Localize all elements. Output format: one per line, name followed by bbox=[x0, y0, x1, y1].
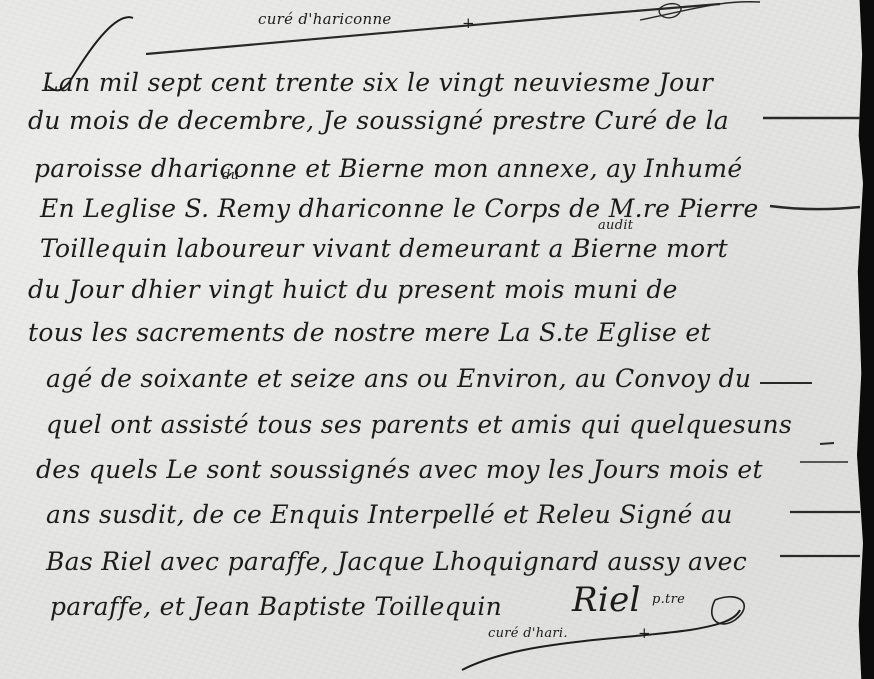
entry-line-1: Lan mil sept cent trente six le vingt ne… bbox=[42, 68, 713, 97]
scan-background: curé d'hariconne + Lan mil sept cent tre… bbox=[0, 0, 874, 679]
header-signature-fragment: curé d'hariconne bbox=[258, 10, 392, 28]
interlinear-insertion-du: du bbox=[222, 168, 239, 183]
entry-line-9: quel ont assisté tous ses parents et ami… bbox=[46, 410, 792, 439]
signature-title: p.tre bbox=[652, 592, 685, 607]
signature-subscript: curé d'hari. bbox=[488, 626, 568, 641]
entry-line-2: du mois de decembre, Je soussigné prestr… bbox=[28, 106, 729, 135]
entry-line-4: En Leglise S. Remy dhariconne le Corps d… bbox=[40, 194, 759, 223]
entry-line-8: agé de soixante et seize ans ou Environ,… bbox=[46, 364, 751, 393]
entry-line-10: des quels Le sont soussignés avec moy le… bbox=[36, 455, 763, 484]
signature-name: Riel bbox=[572, 580, 641, 620]
interlinear-insertion-audit: audit bbox=[598, 218, 633, 233]
entry-line-7: tous les sacrements de nostre mere La S.… bbox=[28, 318, 711, 347]
entry-line-5: Toillequin laboureur vivant demeurant a … bbox=[40, 234, 728, 263]
entry-line-12: Bas Riel avec paraffe, Jacque Lhoquignar… bbox=[46, 547, 747, 576]
entry-line-13: paraffe, et Jean Baptiste Toillequin bbox=[50, 592, 502, 621]
header-cross-mark: + bbox=[462, 14, 475, 32]
entry-line-11: ans susdit, de ce Enquis Interpellé et R… bbox=[46, 500, 733, 529]
entry-line-3: paroisse dhariconne et Bierne mon annexe… bbox=[34, 154, 742, 183]
signature-cross-mark: + bbox=[638, 624, 651, 642]
entry-line-6: du Jour dhier vingt huict du present moi… bbox=[28, 275, 678, 304]
